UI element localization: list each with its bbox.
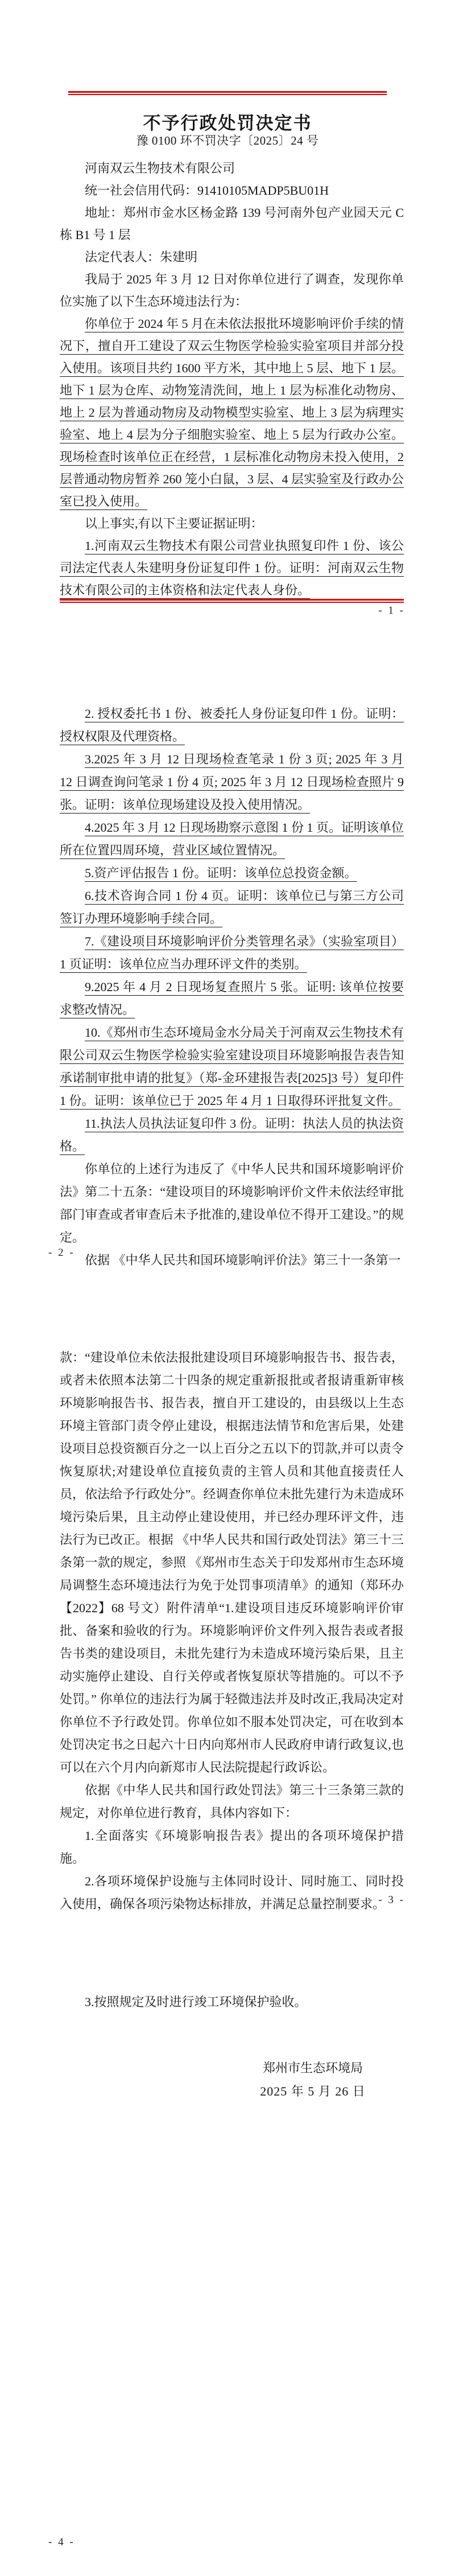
paragraph: 依据 《中华人民共和国环境影响评价法》第三十一条第一 (60, 1249, 404, 1272)
paragraph: 以上事实,有以下主要证据证明： (60, 512, 404, 535)
paragraph: 4.2025 年 3 月 12 日现场勘察示意图 1 份 1 页。证明该单位所在… (60, 816, 404, 862)
paragraph: 2.各项环境保护设施与主体同时设计、同时施工、同时投入使用，确保各项污染物达标排… (60, 1870, 404, 1916)
issuing-agency: 郑州市生态环境局 (245, 2056, 381, 2080)
paragraph: 款：“建设单位未依法报批建设项目环境影响报告书、报告表，或者未依照本法第二十四条… (60, 1346, 404, 1779)
paragraph: 法定代表人：朱建明 (60, 246, 404, 268)
paragraph: 9.2025 年 4 月 2 日现场复查照片 5 张。证明: 该单位按要求整改情… (60, 976, 404, 1021)
page-1: 不予行政处罚决定书 豫 0100 环不罚决字〔2025〕24 号 河南双云生物技… (0, 0, 455, 644)
paragraph: 1.河南双云生物技术有限公司营业执照复印件 1 份、该公司法定代表人朱建明身份证… (60, 535, 404, 601)
paragraph: 河南双云生物技术有限公司 (60, 157, 404, 179)
paragraph: 6.技术咨询合同 1 份 4 页。证明：该单位已与第三方公司签订办理环境影响手续… (60, 885, 404, 930)
paragraph: 2. 授权委托书 1 份、被委托人身份证复印件 1 份。证明：授权权限及代理资格… (60, 702, 404, 748)
paragraph: 依据《中华人民共和国行政处罚法》第三十三条第三款的规定，对你单位进行教育，具体内… (60, 1779, 404, 1825)
page-4: 3.按照规定及时进行竣工环境保护验收。 郑州市生态环境局 2025 年 5 月 … (0, 1932, 455, 2576)
page-body: 3.按照规定及时进行竣工环境保护验收。 (60, 1991, 404, 2014)
paragraph: 你单位于 2024 年 5 月在未依法报批环境影响评价手续的情况下，擅自开工建设… (60, 313, 404, 512)
page-body: 河南双云生物技术有限公司统一社会信用代码：91410105MADP5BU01H地… (60, 157, 404, 601)
paragraph: 11.执法人员执法证复印件 3 份。证明：执法人员的执法资格。 (60, 1112, 404, 1158)
paragraph: 3.2025 年 3 月 12 日现场检查笔录 1 份 3 页; 2025 年 … (60, 748, 404, 816)
issue-date: 2025 年 5 月 26 日 (245, 2080, 381, 2103)
paragraph: 地址：郑州市金水区杨金路 139 号河南外包产业园天元 C 栋 B1 号 1 层 (60, 202, 404, 246)
document-title: 不予行政处罚决定书 (0, 109, 455, 134)
page-body: 2. 授权委托书 1 份、被委托人身份证复印件 1 份。证明：授权权限及代理资格… (60, 702, 404, 1272)
paragraph: 5.资产评估报告 1 份。证明：该单位总投资金额。 (60, 862, 404, 885)
page-number: - 3 - (378, 1894, 405, 1907)
paragraph: 10.《郑州市生态环境局金水分局关于河南双云生物技术有限公司双云生物医学检验实验… (60, 1021, 404, 1112)
paragraph: 你单位的上述行为违反了《中华人民共和国环境影响评价法》第二十五条：“建设项目的环… (60, 1158, 404, 1249)
footer-rule (60, 599, 404, 603)
page-2: 2. 授权委托书 1 份、被委托人身份证复印件 1 份。证明：授权权限及代理资格… (0, 644, 455, 1288)
official-document: 不予行政处罚决定书 豫 0100 环不罚决字〔2025〕24 号 河南双云生物技… (0, 0, 455, 2576)
paragraph: 统一社会信用代码：91410105MADP5BU01H (60, 179, 404, 202)
page-number: - 1 - (378, 605, 405, 617)
page-body: 款：“建设单位未依法报批建设项目环境影响报告书、报告表，或者未依照本法第二十四条… (60, 1346, 404, 1916)
paragraph: 我局于 2025 年 3 月 12 日对你单位进行了调查，发现你单位实施了以下生… (60, 268, 404, 313)
header-rule (68, 91, 387, 95)
page-3: 款：“建设单位未依法报批建设项目环境影响报告书、报告表，或者未依照本法第二十四条… (0, 1288, 455, 1932)
document-number: 豫 0100 环不罚决字〔2025〕24 号 (0, 132, 455, 149)
paragraph: 7.《建设项目环境影响评价分类管理名录》（实验室项目）1 页证明：该单位应当办理… (60, 930, 404, 976)
signature-block: 郑州市生态环境局 2025 年 5 月 26 日 (245, 2056, 381, 2103)
page-number: - 4 - (48, 2536, 75, 2549)
page-number: - 2 - (48, 1247, 75, 1259)
paragraph: 1.全面落实《环境影响报告表》提出的各项环境保护措施。 (60, 1825, 404, 1870)
paragraph: 3.按照规定及时进行竣工环境保护验收。 (60, 1991, 404, 2014)
